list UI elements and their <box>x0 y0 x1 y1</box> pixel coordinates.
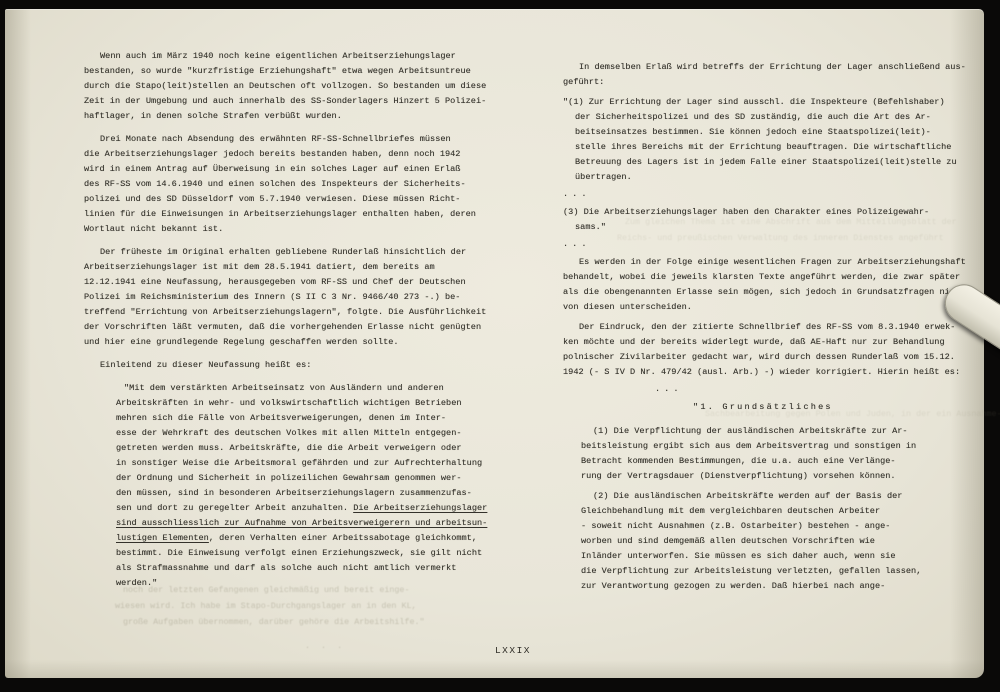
ellipsis-line: ... <box>563 190 987 199</box>
left-column: Wenn auch im März 1940 noch keine eigent… <box>84 49 508 599</box>
quoted-block: (3) Die Arbeitserziehungslager haben den… <box>563 205 987 235</box>
right-column: In demselben Erlaß wird betreffs der Err… <box>563 60 987 599</box>
ellipsis-line: ... <box>563 240 987 249</box>
paragraph: Einleitend zu dieser Neufassung heißt es… <box>84 358 508 373</box>
quoted-block: "Mit dem verstärkten Arbeitseinsatz von … <box>116 381 498 591</box>
quoted-block: (1) Die Verpflichtung der ausländischen … <box>581 424 941 484</box>
section-heading: "1. Grundsätzliches <box>693 400 987 415</box>
paragraph: Drei Monate nach Absendung des erwähnten… <box>84 132 508 237</box>
bleedthrough-line: große Aufgaben übernommen, darüber gehör… <box>123 617 425 627</box>
quoted-block: "(1) Zur Errichtung der Lager sind aussc… <box>563 95 987 185</box>
quoted-block: (2) Die ausländischen Arbeitskräfte werd… <box>581 489 941 594</box>
page-number: LXXIX <box>448 645 578 656</box>
bleedthrough-line: wiesen wird. Ich habe im Stapo-Durchgang… <box>115 601 417 611</box>
paragraph: Es werden in der Folge einige wesentlich… <box>563 255 987 315</box>
paragraph: Der früheste im Original erhalten geblie… <box>84 245 508 350</box>
book-page: Wenn auch im März 1940 noch keine eigent… <box>5 9 984 678</box>
paragraph: Der Eindruck, den der zitierte Schnellbr… <box>563 320 987 380</box>
paragraph: In demselben Erlaß wird betreffs der Err… <box>563 60 987 90</box>
bleedthrough-line: . . . <box>305 641 345 651</box>
scanned-book-photo: Wenn auch im März 1940 noch keine eigent… <box>0 0 1000 692</box>
paragraph: Wenn auch im März 1940 noch keine eigent… <box>84 49 508 124</box>
ellipsis-line: ... <box>655 385 987 394</box>
quote-text: "Mit dem verstärkten Arbeitseinsatz von … <box>116 383 482 513</box>
